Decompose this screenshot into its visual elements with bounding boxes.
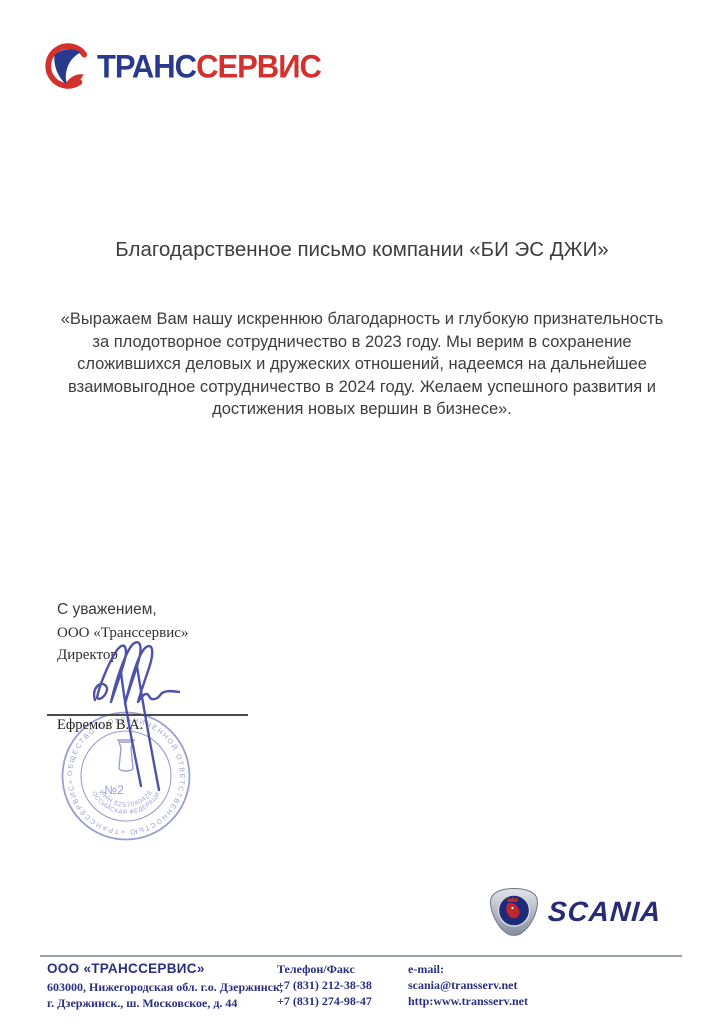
footer-company-column: ООО «ТРАНССЕРВИС» 603000, Нижегородская … [47,961,283,1011]
scania-badge-icon [487,887,541,937]
footer-phone-1: +7 (831) 212-38-38 [277,977,372,993]
handwritten-signature [85,636,215,798]
footer-phone-2: +7 (831) 274-98-47 [277,993,372,1009]
footer-address-line2: г. Дзержинск., ш. Московское, д. 44 [47,995,283,1011]
footer-address-line1: 603000, Нижегородская обл. г.о. Дзержинс… [47,979,283,995]
transservice-logo: ТРАНССЕРВИС [44,42,321,90]
footer-phone-label: Телефон/Факс [277,961,372,977]
footer-divider [40,955,682,957]
logo-wordmark-trans: ТРАНС [97,48,196,84]
letter-page: ТРАНССЕРВИС Благодарственное письмо комп… [0,0,724,1024]
letter-body: «Выражаем Вам нашу искреннюю благодарнос… [32,308,692,421]
footer-email: scania@transserv.net [408,977,528,993]
transservice-logo-icon [44,42,92,90]
footer-website: http:www.transserv.net [408,993,528,1009]
logo-wordmark: ТРАНССЕРВИС [97,50,321,82]
signature-salutation: С уважением, [57,601,188,619]
footer-email-label: e-mail: [408,961,528,977]
scania-wordmark: SCANIA [547,898,662,926]
footer-email-column: e-mail: scania@transserv.net http:www.tr… [408,961,528,1009]
logo-wordmark-service: СЕРВИС [196,48,321,84]
footer-company-name: ООО «ТРАНССЕРВИС» [47,961,283,976]
scania-logo: SCANIA [487,887,661,937]
footer-phone-column: Телефон/Факс +7 (831) 212-38-38 +7 (831)… [277,961,372,1009]
letter-title: Благодарственное письмо компании «БИ ЭС … [0,238,724,262]
